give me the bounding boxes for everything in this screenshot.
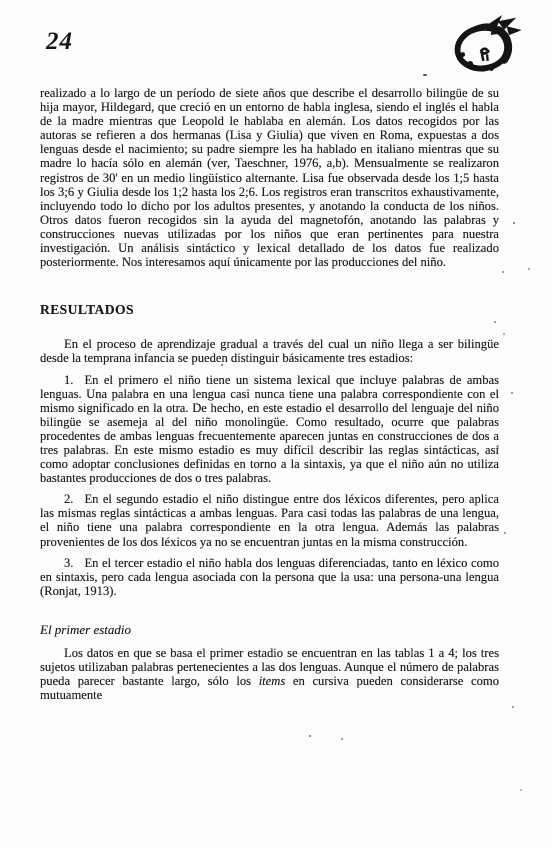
paragraph-first-stage: Los datos en que se basa el primer estad…	[40, 646, 499, 702]
stage-1-text: En el primero el niño tiene un sistema l…	[40, 373, 499, 486]
stage-1-number: 1.	[64, 373, 73, 387]
scan-speck	[511, 392, 513, 394]
stage-3-text: En el tercer estadio el niño habla dos l…	[40, 556, 499, 598]
stage-3-number: 3.	[64, 556, 73, 570]
paragraph-intro: realizado a lo largo de un período de si…	[40, 86, 499, 269]
scan-speck	[513, 222, 515, 224]
scan-speck	[520, 789, 522, 791]
ink-stamp-icon	[449, 13, 521, 77]
closing-italic-word: items	[259, 674, 286, 688]
book-page: 24 realizado a lo largo de un perí	[0, 0, 552, 848]
scan-speck	[423, 74, 427, 76]
scan-speck	[528, 268, 530, 270]
scan-speck	[503, 333, 505, 335]
page-number: 24	[46, 28, 73, 56]
scan-speck	[221, 364, 223, 366]
stage-item-3: 3.En el tercer estadio el niño habla dos…	[40, 556, 499, 598]
scan-speck	[497, 447, 499, 449]
page-body: realizado a lo largo de un período de si…	[40, 86, 499, 702]
scan-speck	[309, 735, 311, 737]
stage-2-text: En el segundo estadio el niño distingue …	[40, 492, 499, 548]
subsection-heading-first-stage: El primer estadio	[40, 623, 499, 637]
stage-item-2: 2.En el segundo estadio el niño distingu…	[40, 492, 499, 548]
section-heading-resultados: RESULTADOS	[40, 303, 499, 317]
scan-speck	[502, 271, 504, 273]
stage-2-number: 2.	[64, 492, 73, 506]
paragraph-section-intro: En el proceso de aprendizaje gradual a t…	[40, 337, 499, 365]
scan-speck	[504, 532, 506, 534]
scan-speck	[512, 706, 514, 708]
stage-item-1: 1.En el primero el niño tiene un sistema…	[40, 373, 499, 486]
scan-speck	[341, 738, 343, 740]
scan-speck	[494, 321, 496, 323]
